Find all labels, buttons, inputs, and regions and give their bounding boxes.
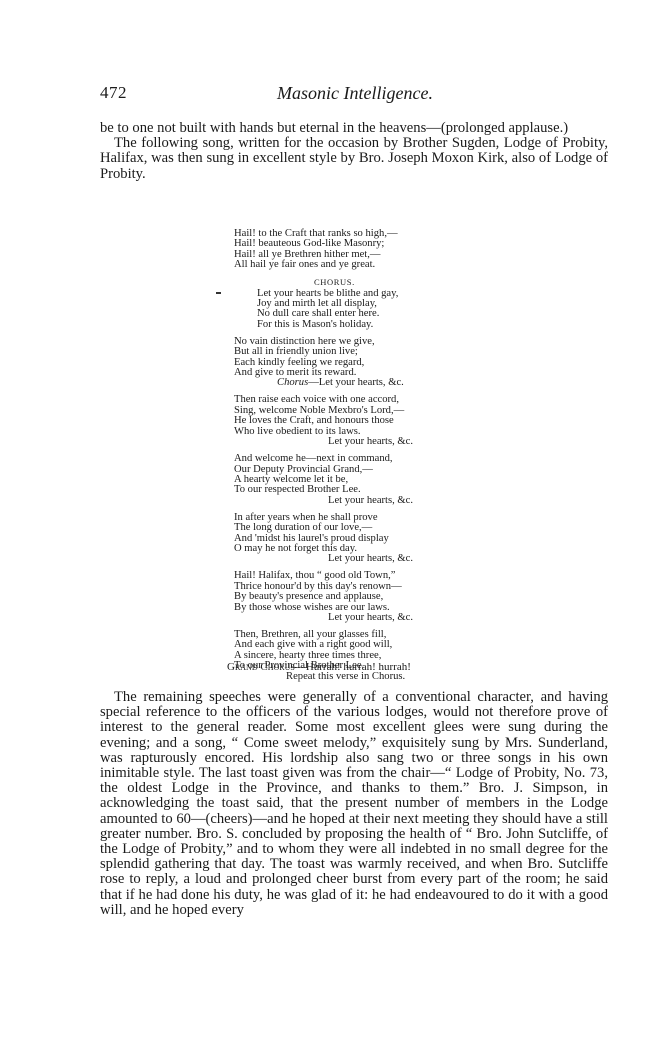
verse-line: By beauty's presence and applause,: [234, 592, 534, 602]
body-text: The remaining speeches were generally of…: [100, 690, 608, 918]
page-header: 472 Masonic Intelligence.: [100, 83, 610, 107]
chorus: CHORUS. Let your hearts be blithe and ga…: [234, 277, 534, 330]
body-paragraph-1: The remaining speeches were generally of…: [100, 690, 608, 918]
refrain-line: Let your hearts, &c.: [234, 613, 534, 623]
intro-paragraph-2: The following song, written for the occa…: [100, 136, 608, 182]
stanza-3: Then raise each voice with one accord, S…: [234, 395, 534, 447]
chorus-line: For this is Mason's holiday.: [234, 320, 534, 330]
song: Hail! to the Craft that ranks so high,— …: [234, 229, 534, 689]
refrain-line: Repeat this verse in Chorus.: [234, 672, 534, 682]
book-page: 472 Masonic Intelligence. be to one not …: [0, 0, 671, 1039]
refrain-label: Chorus: [277, 377, 308, 388]
intro-text: be to one not built with hands but etern…: [100, 121, 608, 182]
stanza-5: In after years when he shall prove The l…: [234, 513, 534, 565]
stanza-4: And welcome he—next in command, Our Depu…: [234, 454, 534, 506]
running-title: Masonic Intelligence.: [100, 83, 610, 104]
stanza-1: Hail! to the Craft that ranks so high,— …: [234, 229, 534, 271]
stanza-6: Hail! Halifax, thou “ good old Town,” Th…: [234, 571, 534, 623]
refrain-line: Let your hearts, &c.: [234, 496, 534, 506]
margin-mark: [216, 292, 221, 294]
refrain-line: Let your hearts, &c.: [234, 554, 534, 564]
grand-chorus-label: Grand Chorus: [227, 661, 295, 673]
chorus-heading: CHORUS.: [234, 277, 534, 287]
grand-chorus: Grand Chorus—Hurrah! hurrah! hurrah!: [227, 661, 411, 673]
refrain-line: Let your hearts, &c.: [234, 437, 534, 447]
refrain-line: Chorus—Let your hearts, &c.: [234, 378, 534, 388]
grand-chorus-text: —Hurrah! hurrah! hurrah!: [295, 661, 411, 673]
refrain-text: —Let your hearts, &c.: [308, 377, 404, 388]
stanza-7: Then, Brethren, all your glasses fill, A…: [234, 630, 534, 682]
verse-line: The long duration of our love,—: [234, 523, 534, 533]
intro-paragraph-1: be to one not built with hands but etern…: [100, 121, 608, 136]
verse-line: And welcome he—next in command,: [234, 454, 534, 464]
verse-line: All hail ye fair ones and ye great.: [234, 260, 534, 270]
stanza-2: No vain distinction here we give, But al…: [234, 337, 534, 389]
